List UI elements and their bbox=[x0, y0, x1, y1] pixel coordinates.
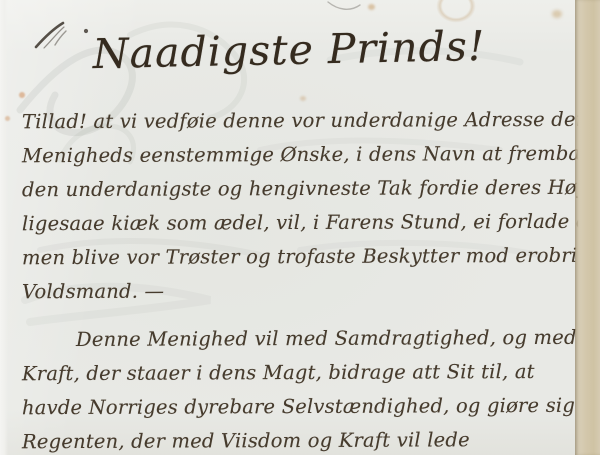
manuscript-line: den underdanigste og hengivneste Tak for… bbox=[22, 171, 578, 207]
paragraph-1: Tillad! at vi vedføie denne vor underdan… bbox=[22, 104, 578, 308]
document-title: Naadigste Prinds! bbox=[0, 20, 578, 80]
manuscript-line: Tillad! at vi vedføie denne vor underdan… bbox=[22, 103, 578, 139]
foxing-dot bbox=[300, 96, 306, 101]
manuscript-line: havde Norriges dyrebare Selvstændighed, … bbox=[22, 389, 578, 425]
manuscript-line: Voldsmand. — bbox=[22, 273, 578, 309]
manuscript-line: men blive vor Trøster og trofaste Beskyt… bbox=[22, 239, 578, 275]
foxing-dot bbox=[552, 10, 562, 18]
manuscript-page: Naadigste Prinds! Tillad! at vi vedføie … bbox=[0, 0, 600, 455]
foxing-dot bbox=[368, 4, 375, 10]
manuscript-line: ligesaae kiæk som ædel, vil, i Farens St… bbox=[22, 205, 578, 241]
manuscript-line: Denne Menighed vil med Samdragtighed, og… bbox=[22, 321, 578, 357]
manuscript-body: Tillad! at vi vedføie denne vor underdan… bbox=[22, 104, 578, 455]
manuscript-line-clipped: Regenten, der med Viisdom og Kraft vil l… bbox=[22, 423, 578, 455]
foxing-dot bbox=[19, 92, 25, 98]
manuscript-line: Kraft, der staaer i dens Magt, bidrage a… bbox=[22, 355, 578, 391]
manuscript-line: Menigheds eenstemmige Ønske, i dens Navn… bbox=[22, 137, 578, 173]
page-right-fold bbox=[575, 0, 600, 455]
paragraph-2: Denne Menighed vil med Samdragtighed, og… bbox=[22, 322, 578, 455]
